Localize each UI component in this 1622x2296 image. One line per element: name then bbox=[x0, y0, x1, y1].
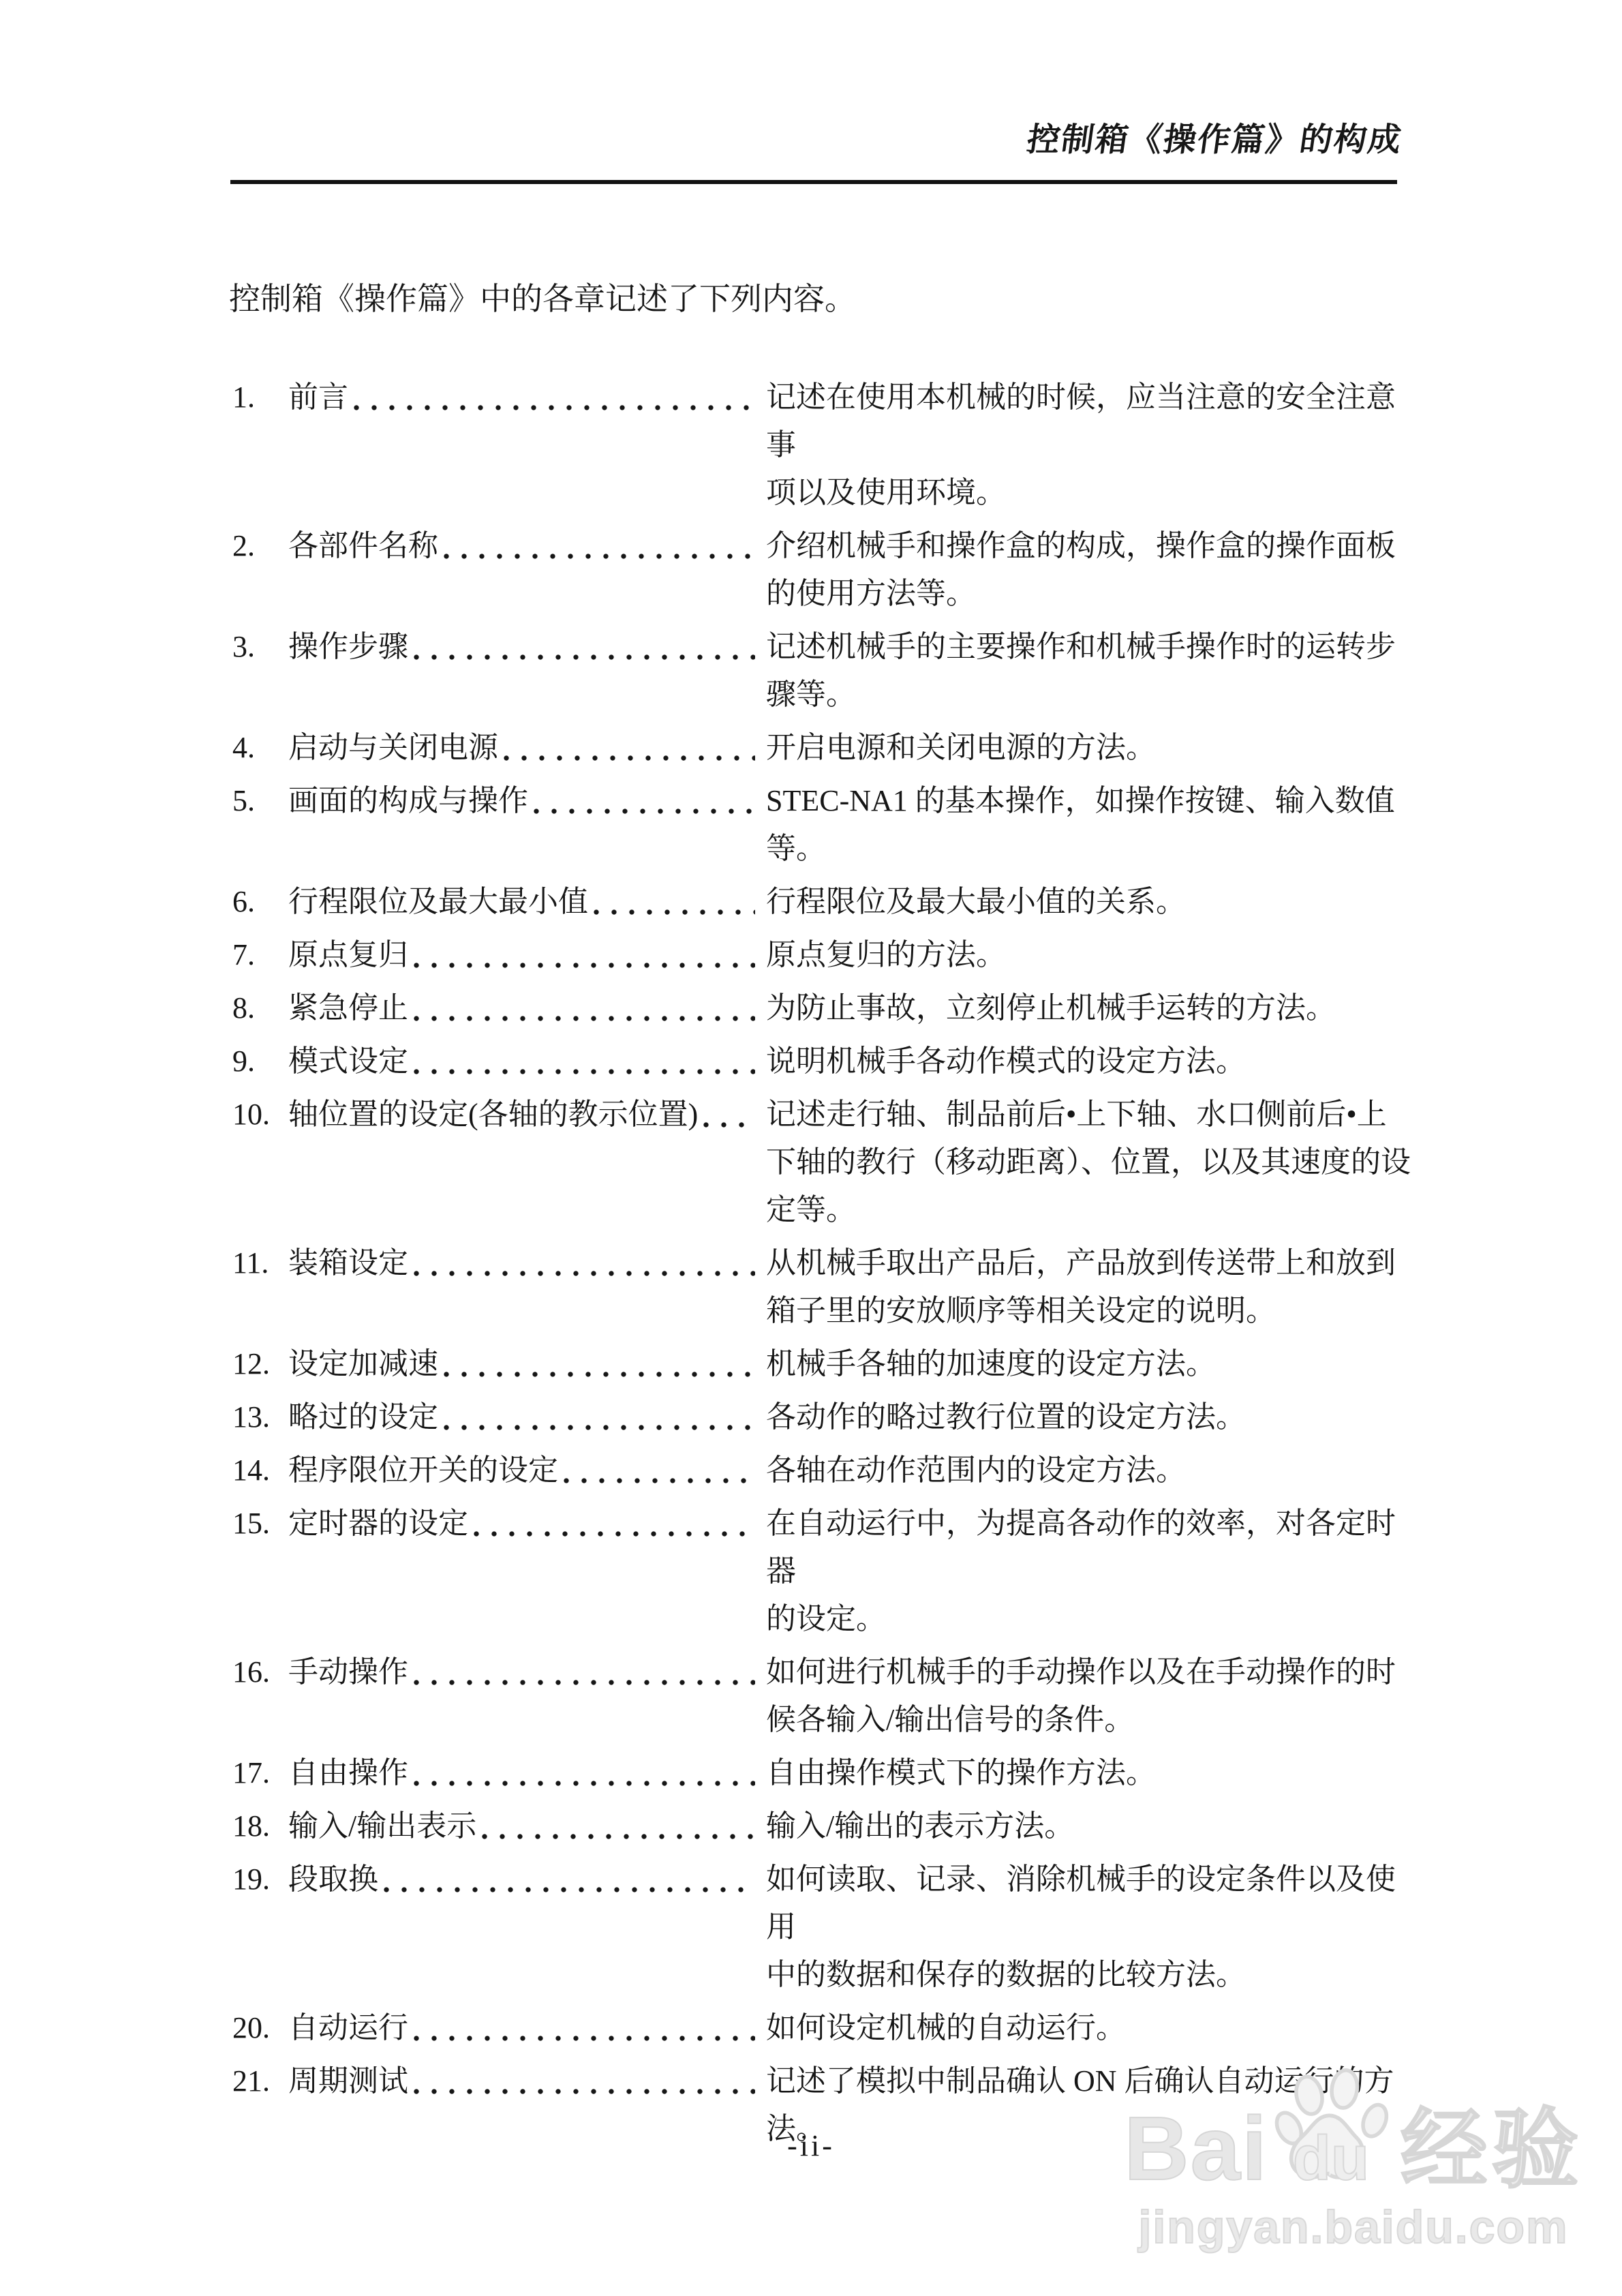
chapter-description: 各动作的略过教行位置的设定方法。 bbox=[766, 1393, 1416, 1441]
chapter-title: 略过的设定 bbox=[288, 1393, 438, 1441]
dotted-leader bbox=[702, 1091, 756, 1138]
dotted-leader bbox=[412, 1749, 756, 1797]
dotted-leader bbox=[442, 1393, 756, 1441]
toc-item-row: 1. 前言 记述在使用本机械的时候，应当注意的安全注意事 项以及使用环境。 bbox=[232, 374, 1416, 517]
chapter-description: 记述走行轴、制品前后•上下轴、水口侧前后•上 下轴的教行（移动距离）、位置，以及… bbox=[766, 1091, 1416, 1234]
chapter-description: 开启电源和关闭电源的方法。 bbox=[766, 724, 1416, 772]
baidu-paw-icon: du bbox=[1270, 2068, 1399, 2194]
chapter-title: 前言 bbox=[288, 374, 348, 421]
chapter-title: 行程限位及最大最小值 bbox=[288, 878, 588, 926]
dotted-leader bbox=[352, 374, 756, 421]
toc-item-row: 12. 设定加减速 机械手各轴的加速度的设定方法。 bbox=[232, 1340, 1416, 1388]
baidu-logo-bai-text: Bai bbox=[1124, 2104, 1268, 2194]
chapter-number: 21. bbox=[232, 2057, 288, 2105]
chapter-number: 7. bbox=[232, 931, 288, 979]
dotted-leader bbox=[412, 1038, 756, 1085]
toc-item-row: 3. 操作步骤 记述机械手的主要操作和机械手操作时的运转步 骤等。 bbox=[232, 623, 1416, 719]
chapter-description: 自由操作模式下的操作方法。 bbox=[766, 1749, 1416, 1797]
toc-item-row: 6. 行程限位及最大最小值 行程限位及最大最小值的关系。 bbox=[232, 878, 1416, 926]
chapter-description: 各轴在动作范围内的设定方法。 bbox=[766, 1447, 1416, 1494]
chapter-description: 输入/输出的表示方法。 bbox=[766, 1802, 1416, 1850]
toc-item-row: 19. 段取换 如何读取、记录、消除机械手的设定条件以及使用 中的数据和保存的数… bbox=[232, 1856, 1416, 1999]
toc-item-row: 5. 画面的构成与操作 STEC-NA1 的基本操作，如操作按键、输入数值等。 bbox=[232, 777, 1416, 873]
header-rule bbox=[230, 180, 1397, 184]
dotted-leader bbox=[472, 1500, 756, 1547]
chapter-number: 6. bbox=[232, 878, 288, 926]
chapter-title: 紧急停止 bbox=[288, 984, 408, 1032]
chapter-number: 10. bbox=[232, 1091, 288, 1138]
toc-item-row: 7. 原点复归 原点复归的方法。 bbox=[232, 931, 1416, 979]
baidu-jingyan-cn-text: 经验 bbox=[1401, 2106, 1583, 2194]
chapter-description: STEC-NA1 的基本操作，如操作按键、输入数值等。 bbox=[766, 777, 1416, 873]
chapter-number: 14. bbox=[232, 1447, 288, 1494]
baidu-logo: Bai du 经验 bbox=[1115, 2078, 1592, 2194]
page-header-title: 控制箱《操作篇》的构成 bbox=[1024, 113, 1406, 160]
chapter-title: 设定加减速 bbox=[288, 1340, 438, 1388]
manual-page: 控制箱《操作篇》的构成 控制箱《操作篇》中的各章记述了下列内容。 1. 前言 记… bbox=[0, 0, 1622, 2296]
toc-item-row: 17. 自由操作 自由操作模式下的操作方法。 bbox=[232, 1749, 1416, 1797]
dotted-leader bbox=[412, 1239, 756, 1287]
chapter-description: 如何读取、记录、消除机械手的设定条件以及使用 中的数据和保存的数据的比较方法。 bbox=[766, 1856, 1416, 1999]
toc-item-row: 2. 各部件名称 介绍机械手和操作盒的构成，操作盒的操作面板 的使用方法等。 bbox=[232, 522, 1416, 618]
toc-item-row: 13. 略过的设定 各动作的略过教行位置的设定方法。 bbox=[232, 1393, 1416, 1441]
dotted-leader bbox=[412, 2004, 756, 2052]
toc-item-row: 20. 自动运行 如何设定机械的自动运行。 bbox=[232, 2004, 1416, 2052]
chapter-number: 17. bbox=[232, 1749, 288, 1797]
chapter-description: 记述机械手的主要操作和机械手操作时的运转步 骤等。 bbox=[766, 623, 1416, 719]
chapter-title: 自动运行 bbox=[288, 2004, 408, 2052]
toc-list: 1. 前言 记述在使用本机械的时候，应当注意的安全注意事 项以及使用环境。 2.… bbox=[232, 374, 1416, 2158]
watermark-url: jingyan.baidu.com bbox=[1115, 2201, 1592, 2254]
chapter-title: 输入/输出表示 bbox=[288, 1802, 476, 1850]
toc-item-row: 9. 模式设定 说明机械手各动作模式的设定方法。 bbox=[232, 1038, 1416, 1085]
toc-item-row: 11. 装箱设定 从机械手取出产品后，产品放到传送带上和放到 箱子里的安放顺序等… bbox=[232, 1239, 1416, 1335]
chapter-title: 装箱设定 bbox=[288, 1239, 408, 1287]
chapter-description: 原点复归的方法。 bbox=[766, 931, 1416, 979]
chapter-title: 启动与关闭电源 bbox=[288, 724, 498, 772]
chapter-description: 为防止事故，立刻停止机械手运转的方法。 bbox=[766, 984, 1416, 1032]
chapter-number: 16. bbox=[232, 1648, 288, 1696]
dotted-leader bbox=[480, 1802, 756, 1850]
chapter-number: 19. bbox=[232, 1856, 288, 1903]
baidu-logo-du-text: du bbox=[1293, 2127, 1369, 2190]
dotted-leader bbox=[592, 878, 756, 926]
dotted-leader bbox=[412, 2057, 756, 2105]
chapter-description: 从机械手取出产品后，产品放到传送带上和放到 箱子里的安放顺序等相关设定的说明。 bbox=[766, 1239, 1416, 1335]
chapter-number: 3. bbox=[232, 623, 288, 671]
dotted-leader bbox=[412, 931, 756, 979]
dotted-leader bbox=[532, 777, 756, 825]
chapter-title: 自由操作 bbox=[288, 1749, 408, 1797]
dotted-leader bbox=[412, 1648, 756, 1696]
chapter-description: 如何设定机械的自动运行。 bbox=[766, 2004, 1416, 2052]
chapter-description: 介绍机械手和操作盒的构成，操作盒的操作面板 的使用方法等。 bbox=[766, 522, 1416, 618]
chapter-description: 记述在使用本机械的时候，应当注意的安全注意事 项以及使用环境。 bbox=[766, 374, 1416, 517]
chapter-description: 在自动运行中，为提高各动作的效率，对各定时器 的设定。 bbox=[766, 1500, 1416, 1643]
dotted-leader bbox=[412, 984, 756, 1032]
toc-item-row: 14. 程序限位开关的设定 各轴在动作范围内的设定方法。 bbox=[232, 1447, 1416, 1494]
chapter-number: 11. bbox=[232, 1239, 288, 1287]
chapter-number: 18. bbox=[232, 1802, 288, 1850]
dotted-leader bbox=[562, 1447, 756, 1494]
chapter-title: 周期测试 bbox=[288, 2057, 408, 2105]
dotted-leader bbox=[502, 724, 756, 772]
chapter-description: 机械手各轴的加速度的设定方法。 bbox=[766, 1340, 1416, 1388]
dotted-leader bbox=[442, 1340, 756, 1388]
chapter-title: 各部件名称 bbox=[288, 522, 438, 570]
chapter-description: 如何进行机械手的手动操作以及在手动操作的时 候各输入/输出信号的条件。 bbox=[766, 1648, 1416, 1744]
toc-item-row: 15. 定时器的设定 在自动运行中，为提高各动作的效率，对各定时器 的设定。 bbox=[232, 1500, 1416, 1643]
chapter-number: 5. bbox=[232, 777, 288, 825]
toc-item-row: 8. 紧急停止 为防止事故，立刻停止机械手运转的方法。 bbox=[232, 984, 1416, 1032]
chapter-number: 4. bbox=[232, 724, 288, 772]
chapter-title: 手动操作 bbox=[288, 1648, 408, 1696]
chapter-title: 模式设定 bbox=[288, 1038, 408, 1085]
toc-item-row: 18. 输入/输出表示 输入/输出的表示方法。 bbox=[232, 1802, 1416, 1850]
chapter-number: 8. bbox=[232, 984, 288, 1032]
toc-item-row: 4. 启动与关闭电源 开启电源和关闭电源的方法。 bbox=[232, 724, 1416, 772]
dotted-leader bbox=[412, 623, 756, 671]
toc-item-row: 10. 轴位置的设定(各轴的教示位置) 记述走行轴、制品前后•上下轴、水口侧前后… bbox=[232, 1091, 1416, 1234]
chapter-title: 操作步骤 bbox=[288, 623, 408, 671]
dotted-leader bbox=[442, 522, 756, 570]
chapter-description: 行程限位及最大最小值的关系。 bbox=[766, 878, 1416, 926]
chapter-number: 13. bbox=[232, 1393, 288, 1441]
chapter-title: 定时器的设定 bbox=[288, 1500, 468, 1547]
chapter-number: 9. bbox=[232, 1038, 288, 1085]
chapter-number: 15. bbox=[232, 1500, 288, 1547]
chapter-number: 2. bbox=[232, 522, 288, 570]
chapter-title: 程序限位开关的设定 bbox=[288, 1447, 558, 1494]
chapter-title: 画面的构成与操作 bbox=[288, 777, 528, 825]
chapter-number: 12. bbox=[232, 1340, 288, 1388]
chapter-description: 说明机械手各动作模式的设定方法。 bbox=[766, 1038, 1416, 1085]
baidu-watermark: Bai du 经验 jingyan.baidu.com bbox=[1115, 2078, 1592, 2254]
dotted-leader bbox=[382, 1856, 756, 1903]
chapter-title: 段取换 bbox=[288, 1856, 378, 1903]
chapter-number: 20. bbox=[232, 2004, 288, 2052]
chapter-title: 原点复归 bbox=[288, 931, 408, 979]
intro-text: 控制箱《操作篇》中的各章记述了下列内容。 bbox=[229, 275, 856, 323]
toc-item-row: 16. 手动操作 如何进行机械手的手动操作以及在手动操作的时 候各输入/输出信号… bbox=[232, 1648, 1416, 1744]
chapter-title: 轴位置的设定(各轴的教示位置) bbox=[288, 1091, 698, 1138]
chapter-number: 1. bbox=[232, 374, 288, 421]
